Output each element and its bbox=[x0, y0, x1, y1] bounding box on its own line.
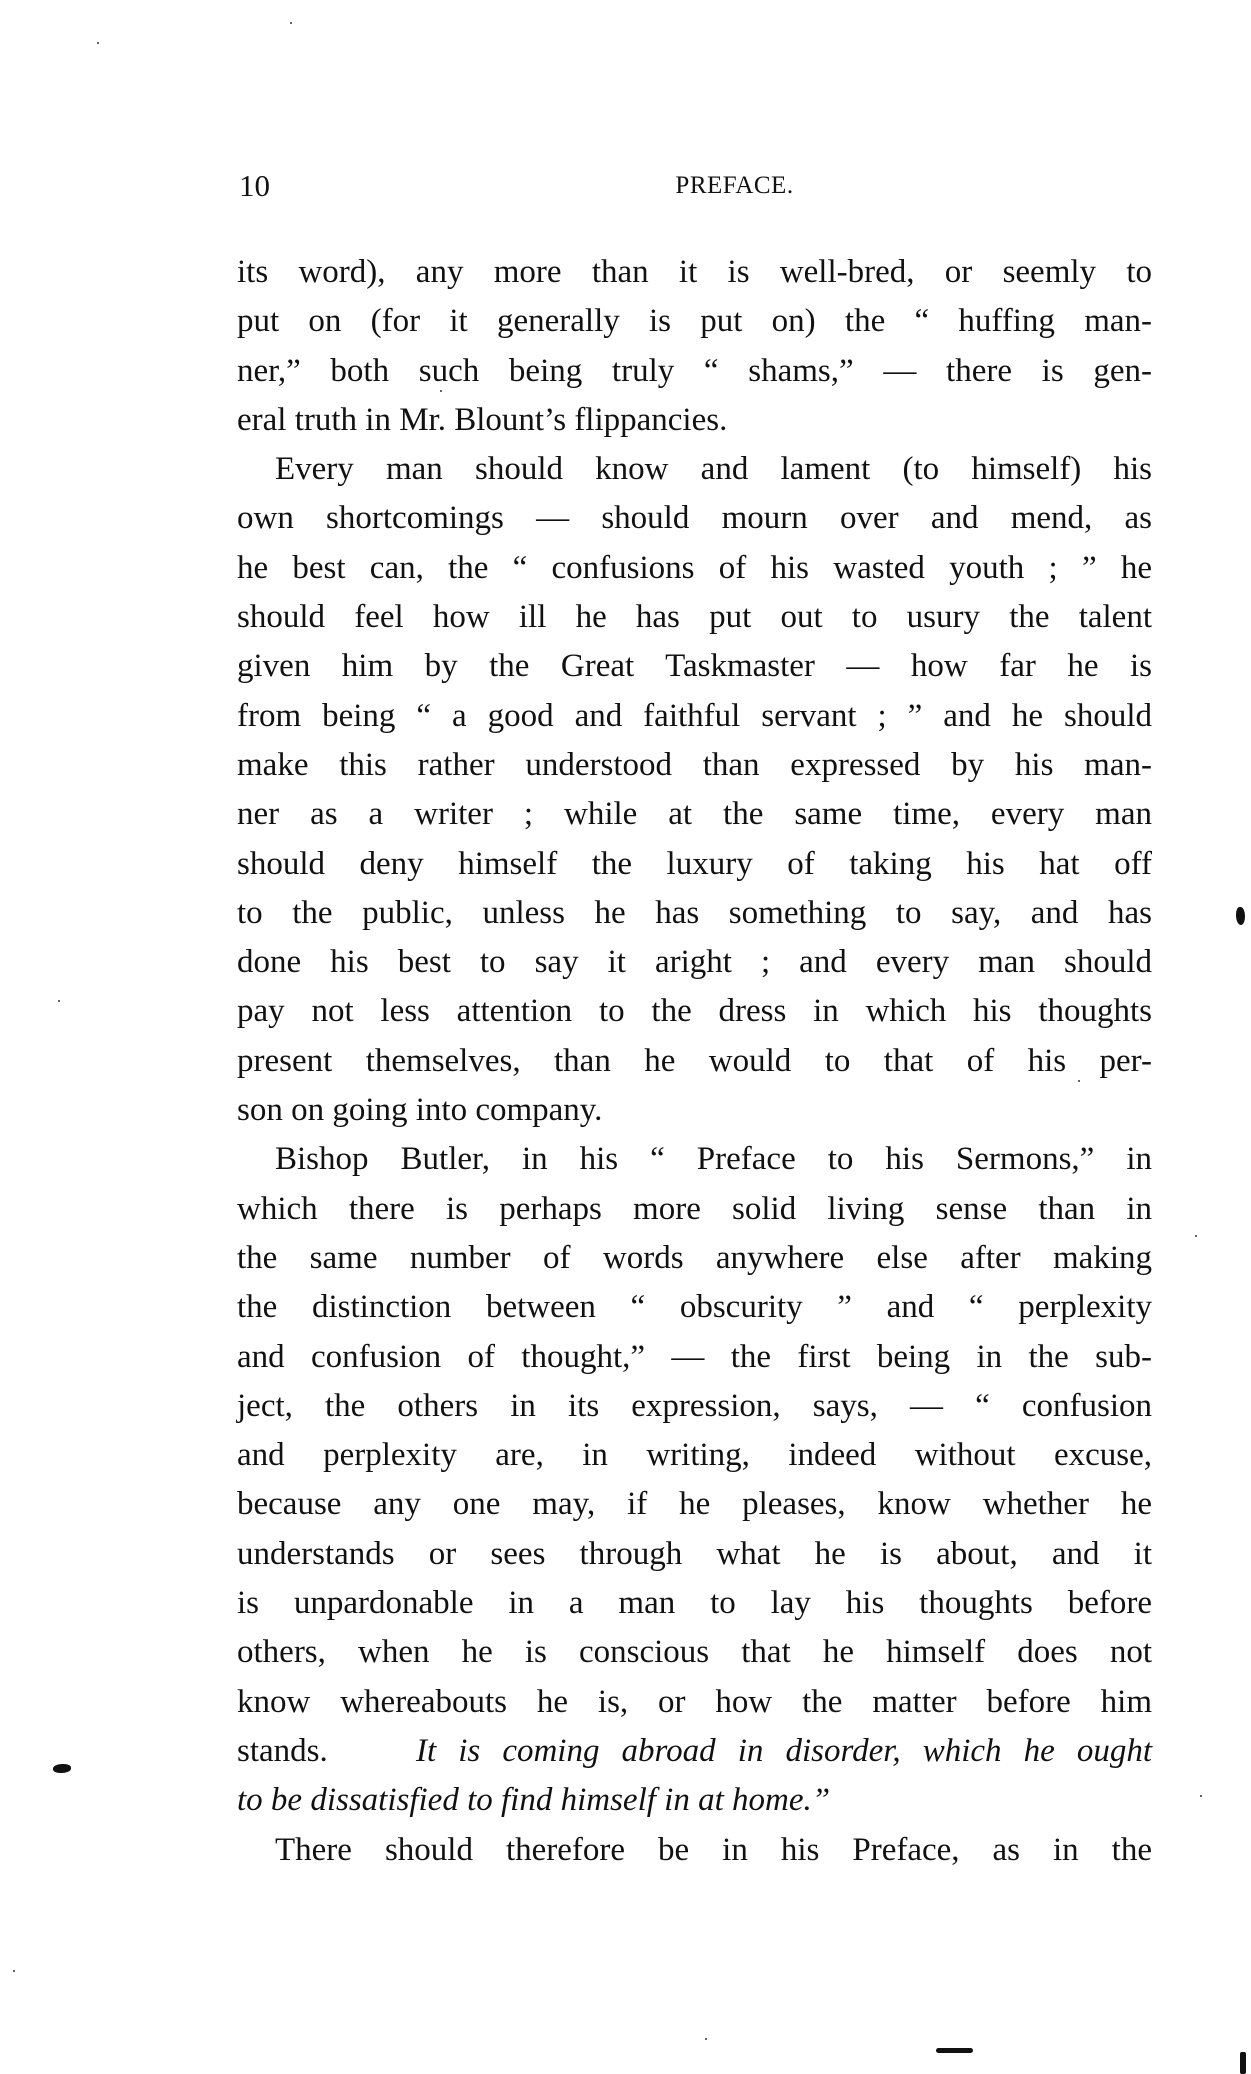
text-line: which there is perhaps more solid living… bbox=[237, 1185, 1152, 1234]
dust-speck bbox=[1195, 1235, 1197, 1237]
text-line: the distinction between “ obscurity ” an… bbox=[237, 1283, 1152, 1332]
text-line: given him by the Great Taskmaster — how … bbox=[237, 642, 1152, 691]
ink-blot-mark bbox=[1236, 907, 1245, 925]
text-line: pay not less attention to the dress in w… bbox=[237, 987, 1152, 1036]
text-line: and perplexity are, in writing, indeed w… bbox=[237, 1431, 1152, 1480]
text-line: own shortcomings — should mourn over and… bbox=[237, 494, 1152, 543]
dust-speck bbox=[290, 22, 292, 24]
text-line: There should therefore be in his Preface… bbox=[237, 1826, 1152, 1875]
italic-quote: It is coming abroad in disorder, which h… bbox=[416, 1733, 1152, 1769]
text-line: Bishop Butler, in his “ Preface to his S… bbox=[237, 1135, 1152, 1184]
text-line: eral truth in Mr. Blount’s flippancies. bbox=[237, 396, 1152, 445]
roman-text: stands. bbox=[237, 1733, 328, 1769]
dust-speck bbox=[58, 1000, 60, 1002]
text-line: ner,” both such being truly “ shams,” — … bbox=[237, 347, 1152, 396]
body-text: its word), any more than it is well-bred… bbox=[237, 248, 1152, 1875]
ink-corner-mark bbox=[1240, 2052, 1246, 2074]
text-line-mixed: stands. It is coming abroad in disorder,… bbox=[237, 1727, 1152, 1776]
running-title: PREFACE. bbox=[237, 172, 1152, 200]
paragraph-quotation: Bishop Butler, in his “ Preface to his S… bbox=[237, 1135, 1152, 1825]
text-line: to the public, unless he has something t… bbox=[237, 889, 1152, 938]
text-line: put on (for it generally is put on) the … bbox=[237, 297, 1152, 346]
dust-speck bbox=[13, 1970, 15, 1972]
dust-speck bbox=[1200, 1795, 1202, 1797]
text-line: understands or sees through what he is a… bbox=[237, 1530, 1152, 1579]
text-line: done his best to say it aright ; and eve… bbox=[237, 938, 1152, 987]
text-line: should feel how ill he has put out to us… bbox=[237, 593, 1152, 642]
dust-speck bbox=[1078, 1080, 1080, 1082]
paragraph: There should therefore be in his Preface… bbox=[237, 1826, 1152, 1875]
book-page: 10 PREFACE. its word), any more than it … bbox=[0, 0, 1251, 2074]
text-line: ner as a writer ; while at the same time… bbox=[237, 790, 1152, 839]
ink-blot-mark bbox=[53, 1764, 71, 1773]
ink-dash-mark bbox=[936, 2048, 973, 2053]
text-line: Every man should know and lament (to him… bbox=[237, 445, 1152, 494]
text-line: should deny himself the luxury of taking… bbox=[237, 840, 1152, 889]
text-line: its word), any more than it is well-bred… bbox=[237, 248, 1152, 297]
text-line: from being “ a good and faithful servant… bbox=[237, 692, 1152, 741]
paragraph-continued: its word), any more than it is well-bred… bbox=[237, 248, 1152, 445]
text-line: is unpardonable in a man to lay his thou… bbox=[237, 1579, 1152, 1628]
text-line: present themselves, than he would to tha… bbox=[237, 1037, 1152, 1086]
running-head: 10 PREFACE. bbox=[237, 168, 1152, 208]
dust-speck bbox=[705, 2038, 707, 2040]
text-line: and confusion of thought,” — the first b… bbox=[237, 1333, 1152, 1382]
text-line: because any one may, if he pleases, know… bbox=[237, 1480, 1152, 1529]
text-line: know whereabouts he is, or how the matte… bbox=[237, 1678, 1152, 1727]
text-line: ject, the others in its expression, says… bbox=[237, 1382, 1152, 1431]
text-line-italic: to be dissatisfied to find himself in at… bbox=[237, 1776, 1152, 1825]
text-line: son on going into company. bbox=[237, 1086, 1152, 1135]
dust-speck bbox=[440, 390, 442, 392]
text-line: others, when he is conscious that he him… bbox=[237, 1628, 1152, 1677]
text-line: make this rather understood than express… bbox=[237, 741, 1152, 790]
text-line: he best can, the “ confusions of his was… bbox=[237, 544, 1152, 593]
paragraph: Every man should know and lament (to him… bbox=[237, 445, 1152, 1135]
dust-speck bbox=[97, 42, 99, 44]
text-line: the same number of words anywhere else a… bbox=[237, 1234, 1152, 1283]
